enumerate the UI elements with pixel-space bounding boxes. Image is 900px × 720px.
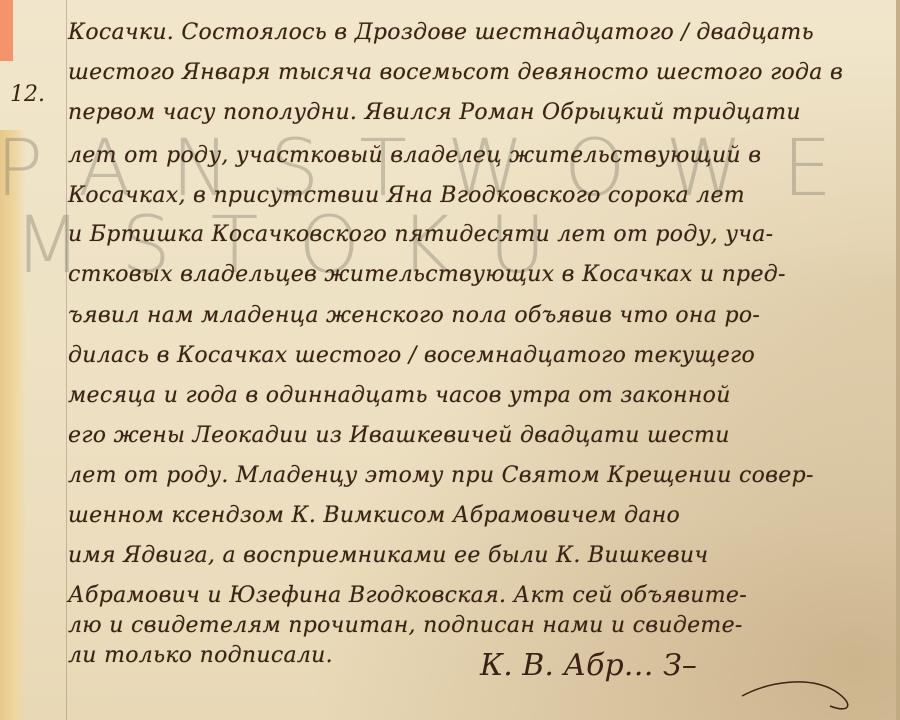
- record-line: лю и свидетелям прочитан, подписан нами …: [68, 613, 743, 638]
- record-line: дилась в Косачках шестого / восемнадцато…: [68, 343, 755, 368]
- record-line: ли только подписали.: [68, 643, 333, 668]
- priest-signature: К. В. Абр… З–: [480, 648, 697, 683]
- record-line: лет от роду, участковый владелец жительс…: [68, 143, 761, 168]
- record-line: первом часу пополудни. Явился Роман Обры…: [68, 100, 801, 125]
- signature-flourish-icon: [740, 676, 860, 716]
- record-number: 12.: [10, 82, 45, 107]
- record-line: имя Ядвига, а восприемниками ее были К. …: [68, 543, 708, 568]
- record-line: лет от роду. Младенцу этому при Святом К…: [68, 463, 814, 488]
- record-line: шестого Января тысяча восемьсот девяност…: [68, 60, 843, 85]
- record-line: стковых владельцев жительствующих в Коса…: [68, 262, 786, 287]
- record-line: Косачках, в присутствии Яна Вгодковского…: [68, 183, 745, 208]
- archival-page: PANSTWOWE MSTOKU 12. Косачки. Состоялось…: [0, 0, 900, 720]
- margin-color-strip: [0, 0, 13, 61]
- record-line: шенном ксендзом К. Вимкисом Абрамовичем …: [68, 503, 680, 528]
- record-line: Косачки. Состоялось в Дроздове шестнадца…: [68, 20, 814, 45]
- record-line: и Бртишка Косачковского пятидесяти лет о…: [68, 222, 773, 247]
- margin-rule-line: [66, 0, 67, 720]
- record-line: его жены Леокадии из Ивашкевичей двадцат…: [68, 423, 730, 448]
- record-line: месяца и года в одиннадцать часов утра о…: [68, 383, 731, 408]
- record-line: ъявил нам младенца женского пола объявив…: [68, 303, 760, 328]
- record-line: Абрамович и Юзефина Вгодковская. Акт сей…: [68, 583, 747, 608]
- page-edge: [896, 0, 900, 720]
